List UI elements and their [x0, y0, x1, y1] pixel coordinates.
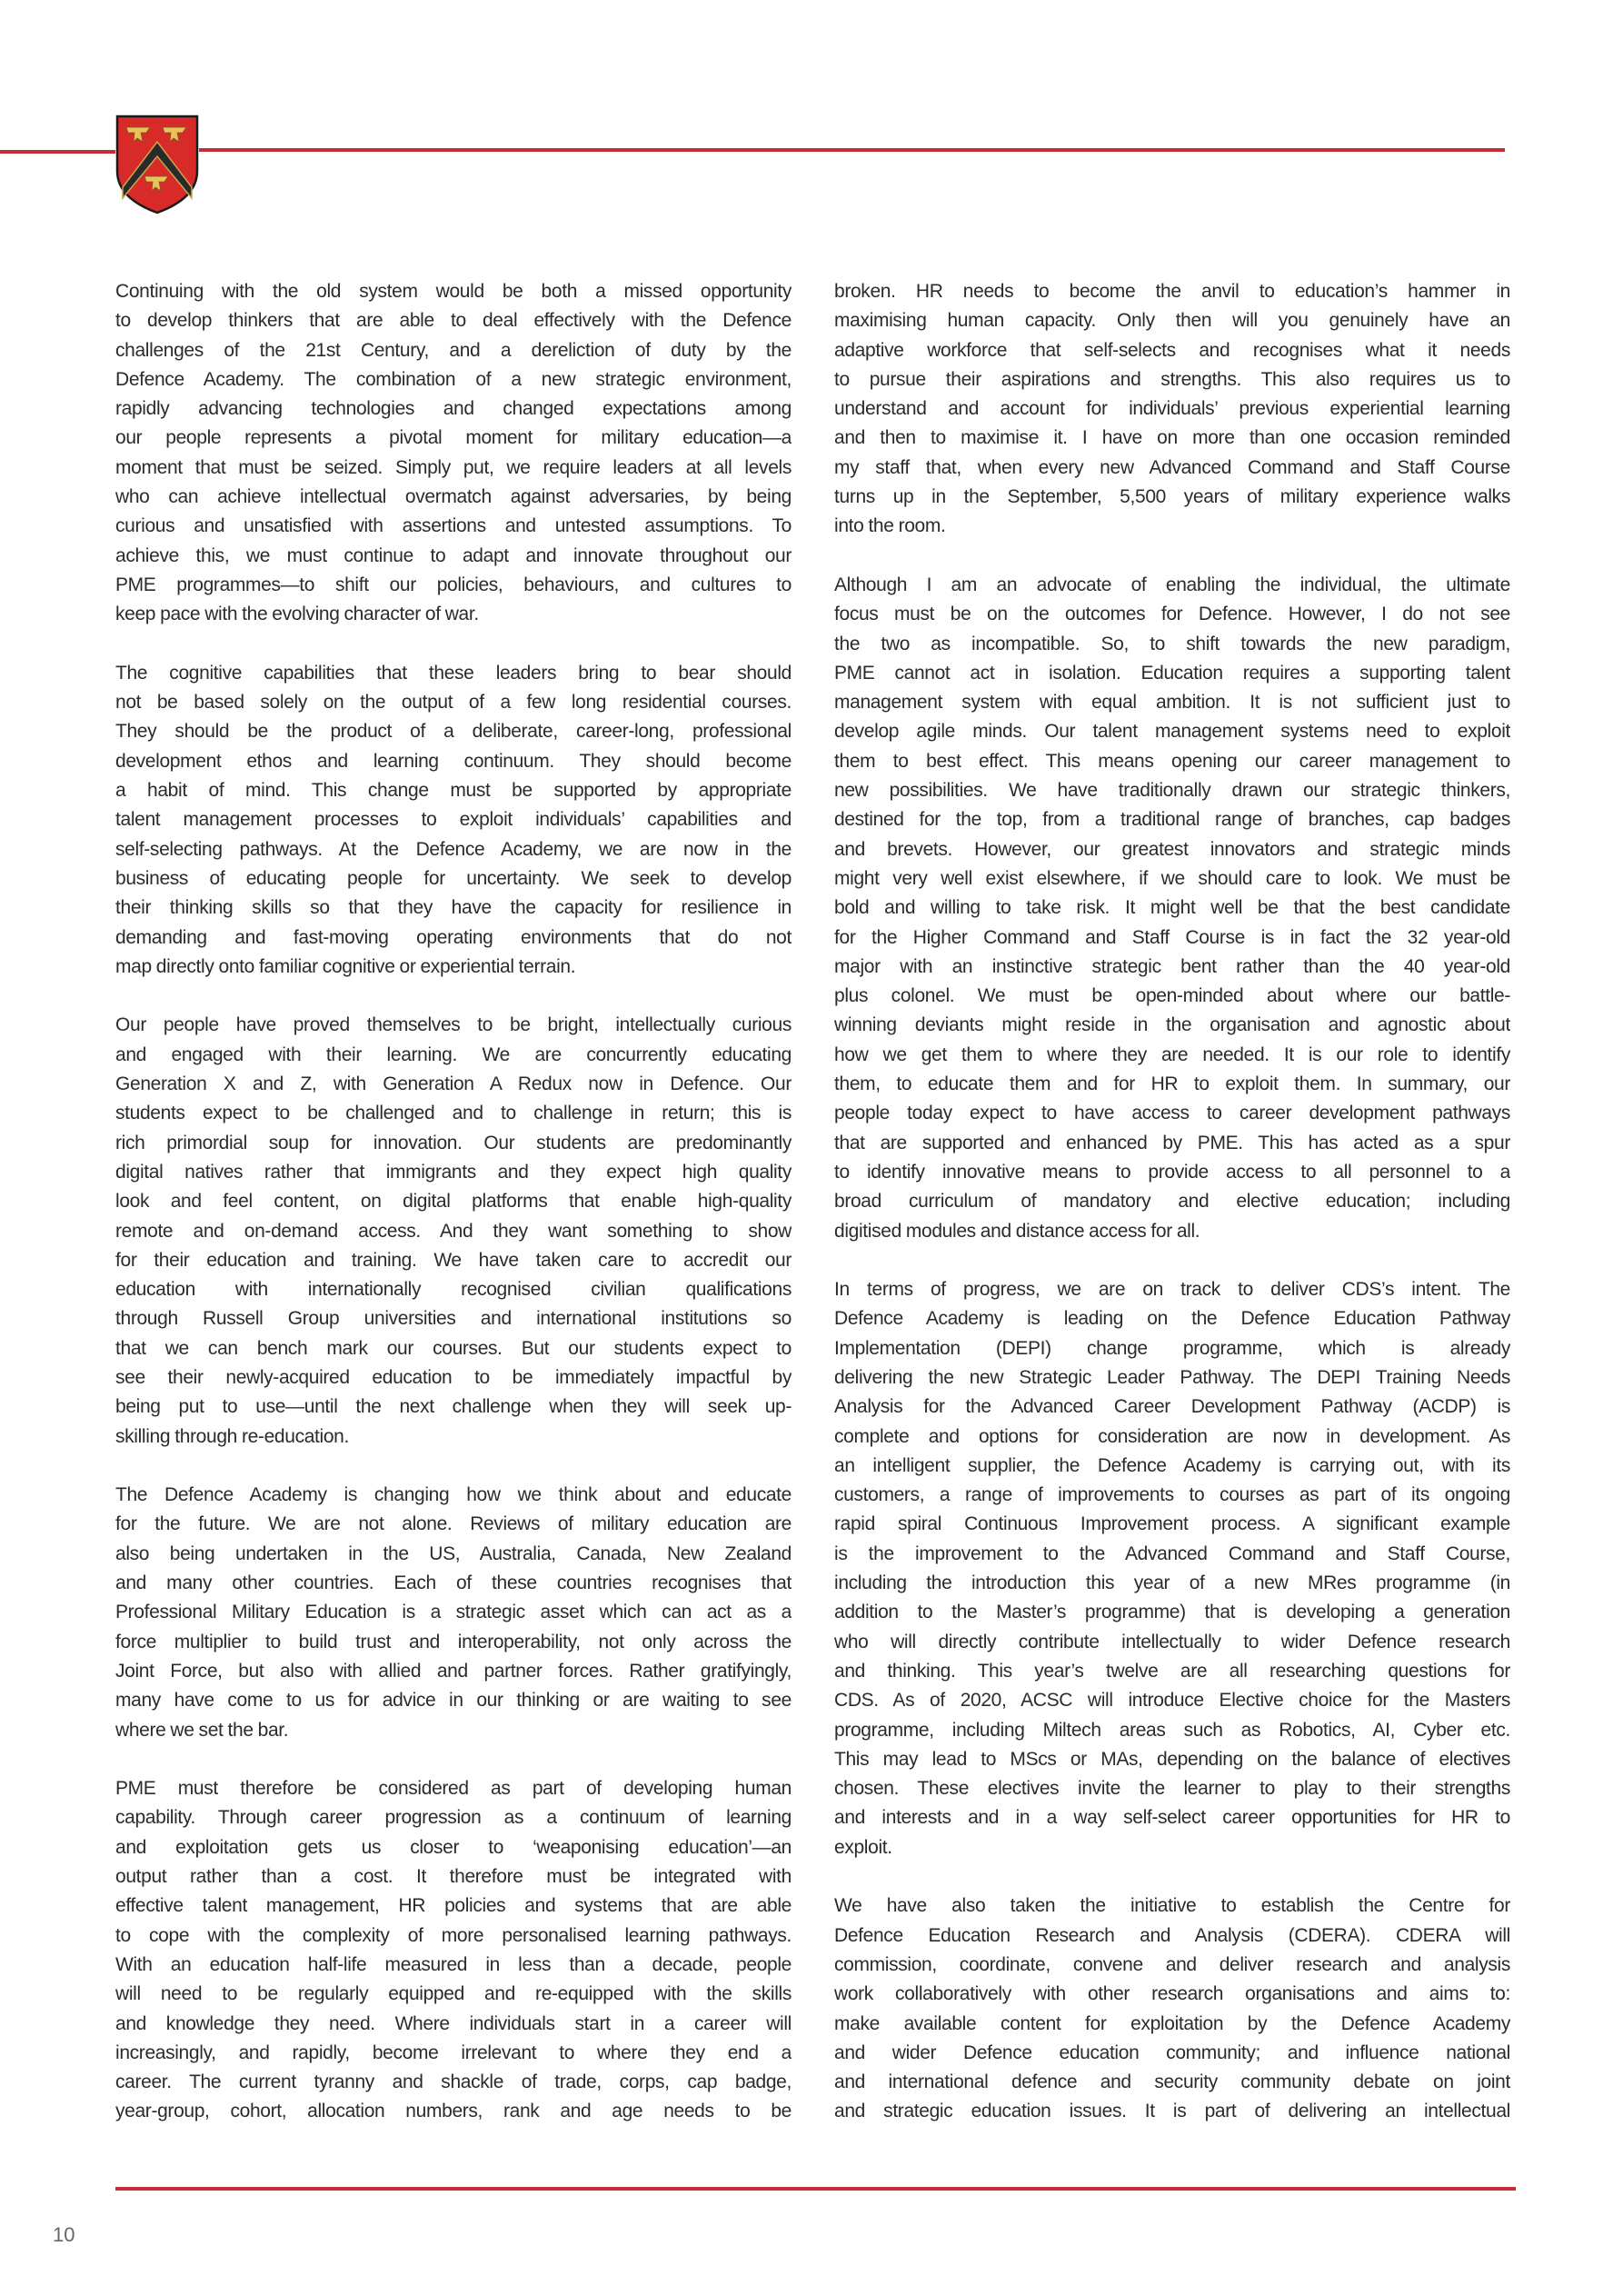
text-line: force multiplier to build trust and inte… [115, 1628, 792, 1657]
text-line: customers, a range of improvements to co… [834, 1481, 1510, 1510]
text-line: and wider Defence education community; a… [834, 2039, 1510, 2068]
text-line: digital natives rather that immigrants a… [115, 1158, 792, 1187]
text-line: education with internationally recognise… [115, 1275, 792, 1304]
paragraph: The Defence Academy is changing how we t… [115, 1481, 792, 1745]
text-line: adaptive workforce that self-selects and… [834, 336, 1510, 365]
text-line: We have also taken the initiative to est… [834, 1892, 1510, 1921]
text-line: rapidly advancing technologies and chang… [115, 394, 792, 424]
text-line: for the Higher Command and Staff Course … [834, 923, 1510, 953]
text-line: addition to the Master’s programme) that… [834, 1598, 1510, 1627]
text-line: and then to maximise it. I have on more … [834, 424, 1510, 453]
paragraph: In terms of progress, we are on track to… [834, 1275, 1510, 1862]
text-line: my staff that, when every new Advanced C… [834, 454, 1510, 483]
text-line: programme, including Miltech areas such … [834, 1716, 1510, 1745]
paragraph: The cognitive capabilities that these le… [115, 659, 792, 982]
text-line: the two as incompatible. So, to shift to… [834, 630, 1510, 659]
text-line: self-selecting pathways. At the Defence … [115, 835, 792, 864]
text-line: many have come to us for advice in our t… [115, 1686, 792, 1715]
text-line: and exploitation gets us closer to ‘weap… [115, 1833, 792, 1862]
text-line: The cognitive capabilities that these le… [115, 659, 792, 688]
text-line: and thinking. This year’s twelve are all… [834, 1657, 1510, 1686]
text-line: to pursue their aspirations and strength… [834, 365, 1510, 394]
text-line: for their education and training. We hav… [115, 1246, 792, 1275]
text-line: Although I am an advocate of enabling th… [834, 571, 1510, 600]
paragraph: Our people have proved themselves to be … [115, 1011, 792, 1451]
text-line: major with an instinctive strategic bent… [834, 953, 1510, 982]
text-line: and knowledge they need. Where individua… [115, 2010, 792, 2039]
text-line: that are supported and enhanced by PME. … [834, 1129, 1510, 1158]
text-line: and many other countries. Each of these … [115, 1569, 792, 1598]
text-line: Our people have proved themselves to be … [115, 1011, 792, 1040]
header-rule-left [0, 150, 115, 154]
text-line: students expect to be challenged and to … [115, 1099, 792, 1128]
text-line: development ethos and learning continuum… [115, 747, 792, 776]
footer-rule [115, 2187, 1516, 2191]
text-line: capability. Through career progression a… [115, 1803, 792, 1832]
text-line: broad curriculum of mandatory and electi… [834, 1187, 1510, 1216]
text-line: With an education half-life measured in … [115, 1951, 792, 1980]
text-line: make available content for exploitation … [834, 2010, 1510, 2039]
text-line: output rather than a cost. It therefore … [115, 1862, 792, 1892]
text-line: our people represents a pivotal moment f… [115, 424, 792, 453]
text-line: to cope with the complexity of more pers… [115, 1922, 792, 1951]
text-line: Analysis for the Advanced Career Develop… [834, 1393, 1510, 1422]
text-line: who can achieve intellectual overmatch a… [115, 483, 792, 512]
text-line: develop agile minds. Our talent manageme… [834, 717, 1510, 746]
text-line: them, to educate them and for HR to expl… [834, 1070, 1510, 1099]
text-line: will need to be regularly equipped and r… [115, 1980, 792, 2009]
text-line: Defence Academy is leading on the Defenc… [834, 1304, 1510, 1333]
text-line: rich primordial soup for innovation. Our… [115, 1129, 792, 1158]
text-line: an intelligent supplier, the Defence Aca… [834, 1452, 1510, 1481]
text-line: for the future. We are not alone. Review… [115, 1510, 792, 1539]
text-line: digitised modules and distance access fo… [834, 1217, 1510, 1246]
text-line: PME programmes—to shift our policies, be… [115, 571, 792, 600]
text-line: rapid spiral Continuous Improvement proc… [834, 1510, 1510, 1539]
text-line: into the room. [834, 512, 1510, 541]
text-line: and international defence and security c… [834, 2068, 1510, 2097]
text-line: challenges of the 21st Century, and a de… [115, 336, 792, 365]
text-line: curious and unsatisfied with assertions … [115, 512, 792, 541]
text-line: chosen. These electives invite the learn… [834, 1774, 1510, 1803]
text-line: winning deviants might reside in the org… [834, 1011, 1510, 1040]
text-line: Defence Education Research and Analysis … [834, 1922, 1510, 1951]
text-line: Defence Academy. The combination of a ne… [115, 365, 792, 394]
text-line: and interests and in a way self-select c… [834, 1803, 1510, 1832]
text-line: career. The current tyranny and shackle … [115, 2068, 792, 2097]
text-line: bold and willing to take risk. It might … [834, 893, 1510, 923]
text-line: through Russell Group universities and i… [115, 1304, 792, 1333]
text-line: In terms of progress, we are on track to… [834, 1275, 1510, 1304]
left-column: Continuing with the old system would be … [115, 277, 792, 2156]
right-column: broken. HR needs to become the anvil to … [834, 277, 1510, 2156]
text-line: Joint Force, but also with allied and pa… [115, 1657, 792, 1686]
text-line: management system with equal ambition. I… [834, 688, 1510, 717]
text-line: also being undertaken in the US, Austral… [115, 1540, 792, 1569]
page-number: 10 [53, 2223, 75, 2247]
text-line: and strategic education issues. It is pa… [834, 2097, 1510, 2126]
text-line: understand and account for individuals’ … [834, 394, 1510, 424]
text-line: achieve this, we must continue to adapt … [115, 542, 792, 571]
text-line: demanding and fast-moving operating envi… [115, 923, 792, 953]
text-line: to identify innovative means to provide … [834, 1158, 1510, 1187]
text-line: new possibilities. We have traditionally… [834, 776, 1510, 805]
text-line: a habit of mind. This change must be sup… [115, 776, 792, 805]
crest-icon [115, 115, 199, 215]
text-line: increasingly, and rapidly, become irrele… [115, 2039, 792, 2068]
text-line: maximising human capacity. Only then wil… [834, 306, 1510, 335]
paragraph: Continuing with the old system would be … [115, 277, 792, 630]
text-line: moment that must be seized. Simply put, … [115, 454, 792, 483]
text-line: see their newly-acquired education to be… [115, 1363, 792, 1393]
text-line: talent management processes to exploit i… [115, 805, 792, 834]
text-line: map directly onto familiar cognitive or … [115, 953, 792, 982]
text-line: is the improvement to the Advanced Comma… [834, 1540, 1510, 1569]
text-line: Generation X and Z, with Generation A Re… [115, 1070, 792, 1099]
text-line: plus colonel. We must be open-minded abo… [834, 982, 1510, 1011]
text-line: commission, coordinate, convene and deli… [834, 1951, 1510, 1980]
header-rule-right [199, 148, 1505, 152]
text-line: including the introduction this year of … [834, 1569, 1510, 1598]
text-line: Professional Military Education is a str… [115, 1598, 792, 1627]
text-line: Implementation (DEPI) change programme, … [834, 1334, 1510, 1363]
text-line: people today expect to have access to ca… [834, 1099, 1510, 1128]
text-line: work collaboratively with other research… [834, 1980, 1510, 2009]
text-line: turns up in the September, 5,500 years o… [834, 483, 1510, 512]
text-line: CDS. As of 2020, ACSC will introduce Ele… [834, 1686, 1510, 1715]
paragraph: broken. HR needs to become the anvil to … [834, 277, 1510, 542]
text-line: them to best effect. This means opening … [834, 747, 1510, 776]
text-line: where we set the bar. [115, 1716, 792, 1745]
text-line: might very well exist elsewhere, if we s… [834, 864, 1510, 893]
text-line: PME must therefore be considered as part… [115, 1774, 792, 1803]
text-line: The Defence Academy is changing how we t… [115, 1481, 792, 1510]
text-line: effective talent management, HR policies… [115, 1892, 792, 1921]
text-line: look and feel content, on digital platfo… [115, 1187, 792, 1216]
text-line: how we get them to where they are needed… [834, 1041, 1510, 1070]
paragraph: We have also taken the initiative to est… [834, 1892, 1510, 2126]
text-line: complete and options for consideration a… [834, 1423, 1510, 1452]
text-line: focus must be on the outcomes for Defenc… [834, 600, 1510, 629]
text-line: broken. HR needs to become the anvil to … [834, 277, 1510, 306]
text-line: not be based solely on the output of a f… [115, 688, 792, 717]
text-line: delivering the new Strategic Leader Path… [834, 1363, 1510, 1393]
text-line: skilling through re-education. [115, 1423, 792, 1452]
text-line: They should be the product of a delibera… [115, 717, 792, 746]
text-line: that we can bench mark our courses. But … [115, 1334, 792, 1363]
text-line: keep pace with the evolving character of… [115, 600, 792, 629]
text-line: to develop thinkers that are able to dea… [115, 306, 792, 335]
paragraph: Although I am an advocate of enabling th… [834, 571, 1510, 1246]
text-line: being put to use—until the next challeng… [115, 1393, 792, 1422]
text-line: This may lead to MScs or MAs, depending … [834, 1745, 1510, 1774]
text-line: business of educating people for uncerta… [115, 864, 792, 893]
text-line: exploit. [834, 1833, 1510, 1862]
paragraph: PME must therefore be considered as part… [115, 1774, 792, 2127]
text-line: who will directly contribute intellectua… [834, 1628, 1510, 1657]
text-line: PME cannot act in isolation. Education r… [834, 659, 1510, 688]
text-line: remote and on-demand access. And they wa… [115, 1217, 792, 1246]
text-line: Continuing with the old system would be … [115, 277, 792, 306]
text-line: and brevets. However, our greatest innov… [834, 835, 1510, 864]
text-line: destined for the top, from a traditional… [834, 805, 1510, 834]
text-line: year-group, cohort, allocation numbers, … [115, 2097, 792, 2126]
text-line: their thinking skills so that they have … [115, 893, 792, 923]
text-line: and engaged with their learning. We are … [115, 1041, 792, 1070]
